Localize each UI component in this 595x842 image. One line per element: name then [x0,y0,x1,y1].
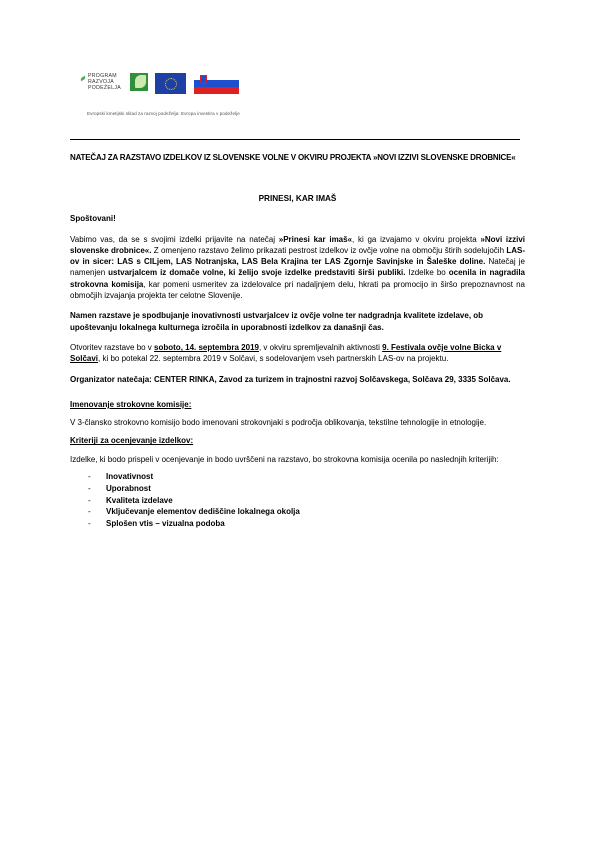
opening-paragraph: Otvoritev razstave bo v soboto, 14. sept… [70,342,525,365]
leaf-icon [80,75,87,82]
document-subtitle: PRINESI, KAR IMAŠ [70,193,525,204]
header-logos: PROGRAM RAZVOJA PODEŽELJA [80,73,239,113]
criteria-list: -Inovativnost -Uporabnost -Kvaliteta izd… [88,471,525,530]
intro-paragraph: Vabimo vas, da se s svojimi izdelki prij… [70,234,525,302]
document-body: NATEČAJ ZA RAZSTAVO IZDELKOV IZ SLOVENSK… [70,151,525,530]
greeting: Spoštovani! [70,213,525,224]
logo-caption: Evropski kmetijski sklad za razvoj podež… [87,111,240,116]
header-divider [70,139,520,140]
committee-paragraph: V 3-člansko strokovno komisijo bodo imen… [70,417,525,428]
purpose-paragraph: Namen razstave je spodbujanje inovativno… [70,310,525,333]
list-item: -Vključevanje elementov dediščine lokaln… [88,506,525,518]
list-item: -Inovativnost [88,471,525,483]
slovenia-flag-logo [194,73,239,94]
document-title: NATEČAJ ZA RAZSTAVO IZDELKOV IZ SLOVENSK… [70,151,525,165]
criteria-heading: Kriteriji za ocenjevanje izdelkov: [70,435,525,446]
list-item: -Splošen vtis – vizualna podoba [88,518,525,530]
opening-date: soboto, 14. septembra 2019 [154,343,259,352]
organizer-paragraph: Organizator natečaja: CENTER RINKA, Zavo… [70,374,525,385]
list-item: -Uporabnost [88,483,525,495]
committee-heading: Imenovanje strokovne komisije: [70,399,525,410]
criteria-intro: Izdelke, ki bodo prispeli v ocenjevanje … [70,454,525,465]
program-razvoja-podezelja-logo: PROGRAM RAZVOJA PODEŽELJA [80,73,126,91]
leader-logo [130,73,148,91]
list-item: -Kvaliteta izdelave [88,495,525,507]
eu-flag-logo [155,73,186,94]
